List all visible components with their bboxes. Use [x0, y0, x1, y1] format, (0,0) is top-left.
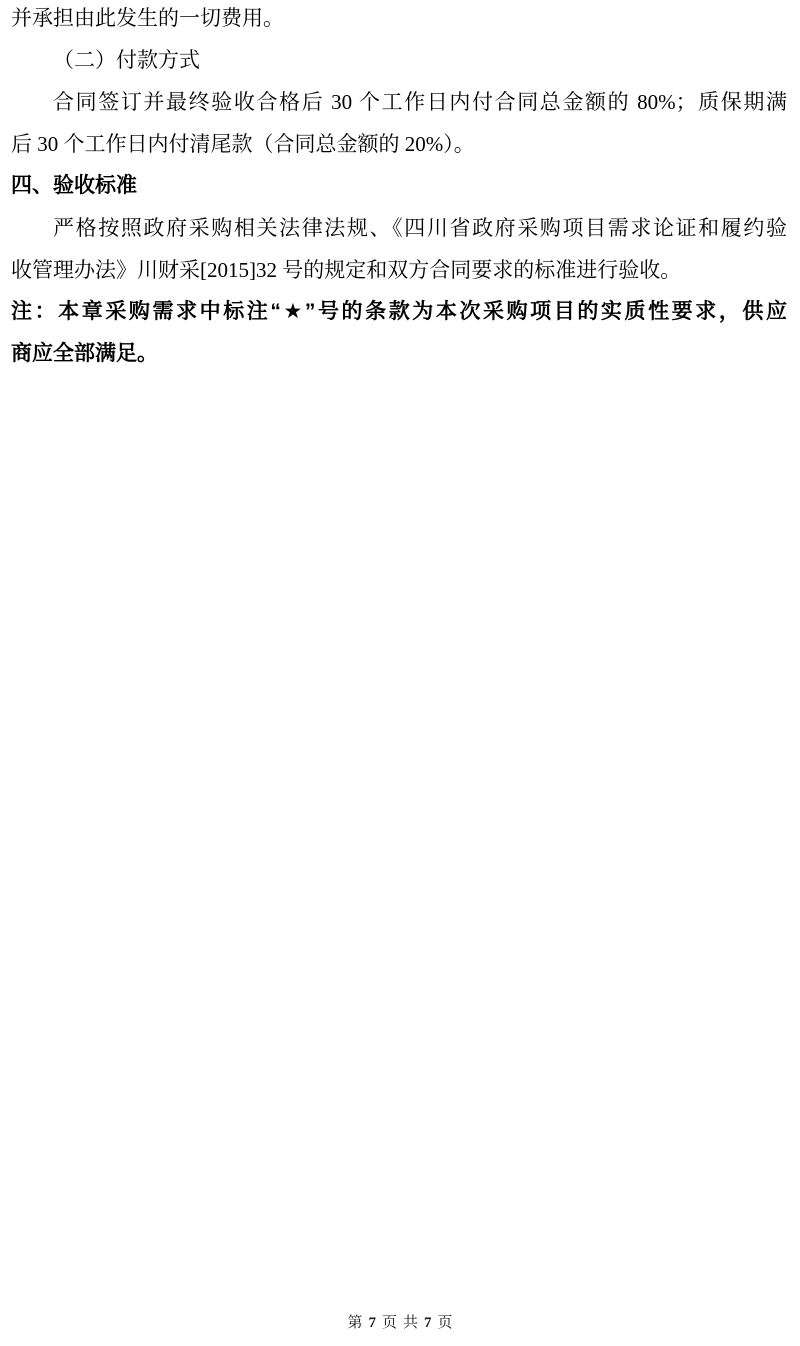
document-line: 并承担由此发生的一切费用。	[11, 0, 787, 39]
document-line: 后 30 个工作日内付清尾款（合同总金额的 20%）。	[11, 123, 787, 165]
footer-label-gong: 共	[403, 1315, 418, 1331]
footer-label-ye: 页	[438, 1315, 453, 1331]
document-line: 严格按照政府采购相关法律法规、《四川省政府采购项目需求论证和履约验	[11, 207, 787, 249]
document-page: 并承担由此发生的一切费用。 （二）付款方式 合同签订并最终验收合格后 30 个工…	[0, 0, 800, 1346]
note-line: 商应全部满足。	[11, 333, 787, 375]
subsection-heading-payment-method: （二）付款方式	[11, 39, 787, 81]
footer-label-ye: 页	[382, 1315, 397, 1331]
page-footer: 第7页共7页	[0, 1313, 800, 1333]
footer-total-pages: 7	[424, 1315, 432, 1331]
document-line: 合同签订并最终验收合格后 30 个工作日内付合同总金额的 80%；质保期满	[11, 81, 787, 123]
section-heading-acceptance-standard: 四、验收标准	[11, 165, 787, 207]
document-body: 并承担由此发生的一切费用。 （二）付款方式 合同签订并最终验收合格后 30 个工…	[11, 0, 787, 375]
footer-label-di: 第	[347, 1315, 362, 1331]
footer-current-page: 7	[368, 1315, 376, 1331]
document-line: 收管理办法》川财采[2015]32 号的规定和双方合同要求的标准进行验收。	[11, 249, 787, 291]
note-line: 注：本章采购需求中标注“★”号的条款为本次采购项目的实质性要求，供应	[11, 291, 787, 333]
